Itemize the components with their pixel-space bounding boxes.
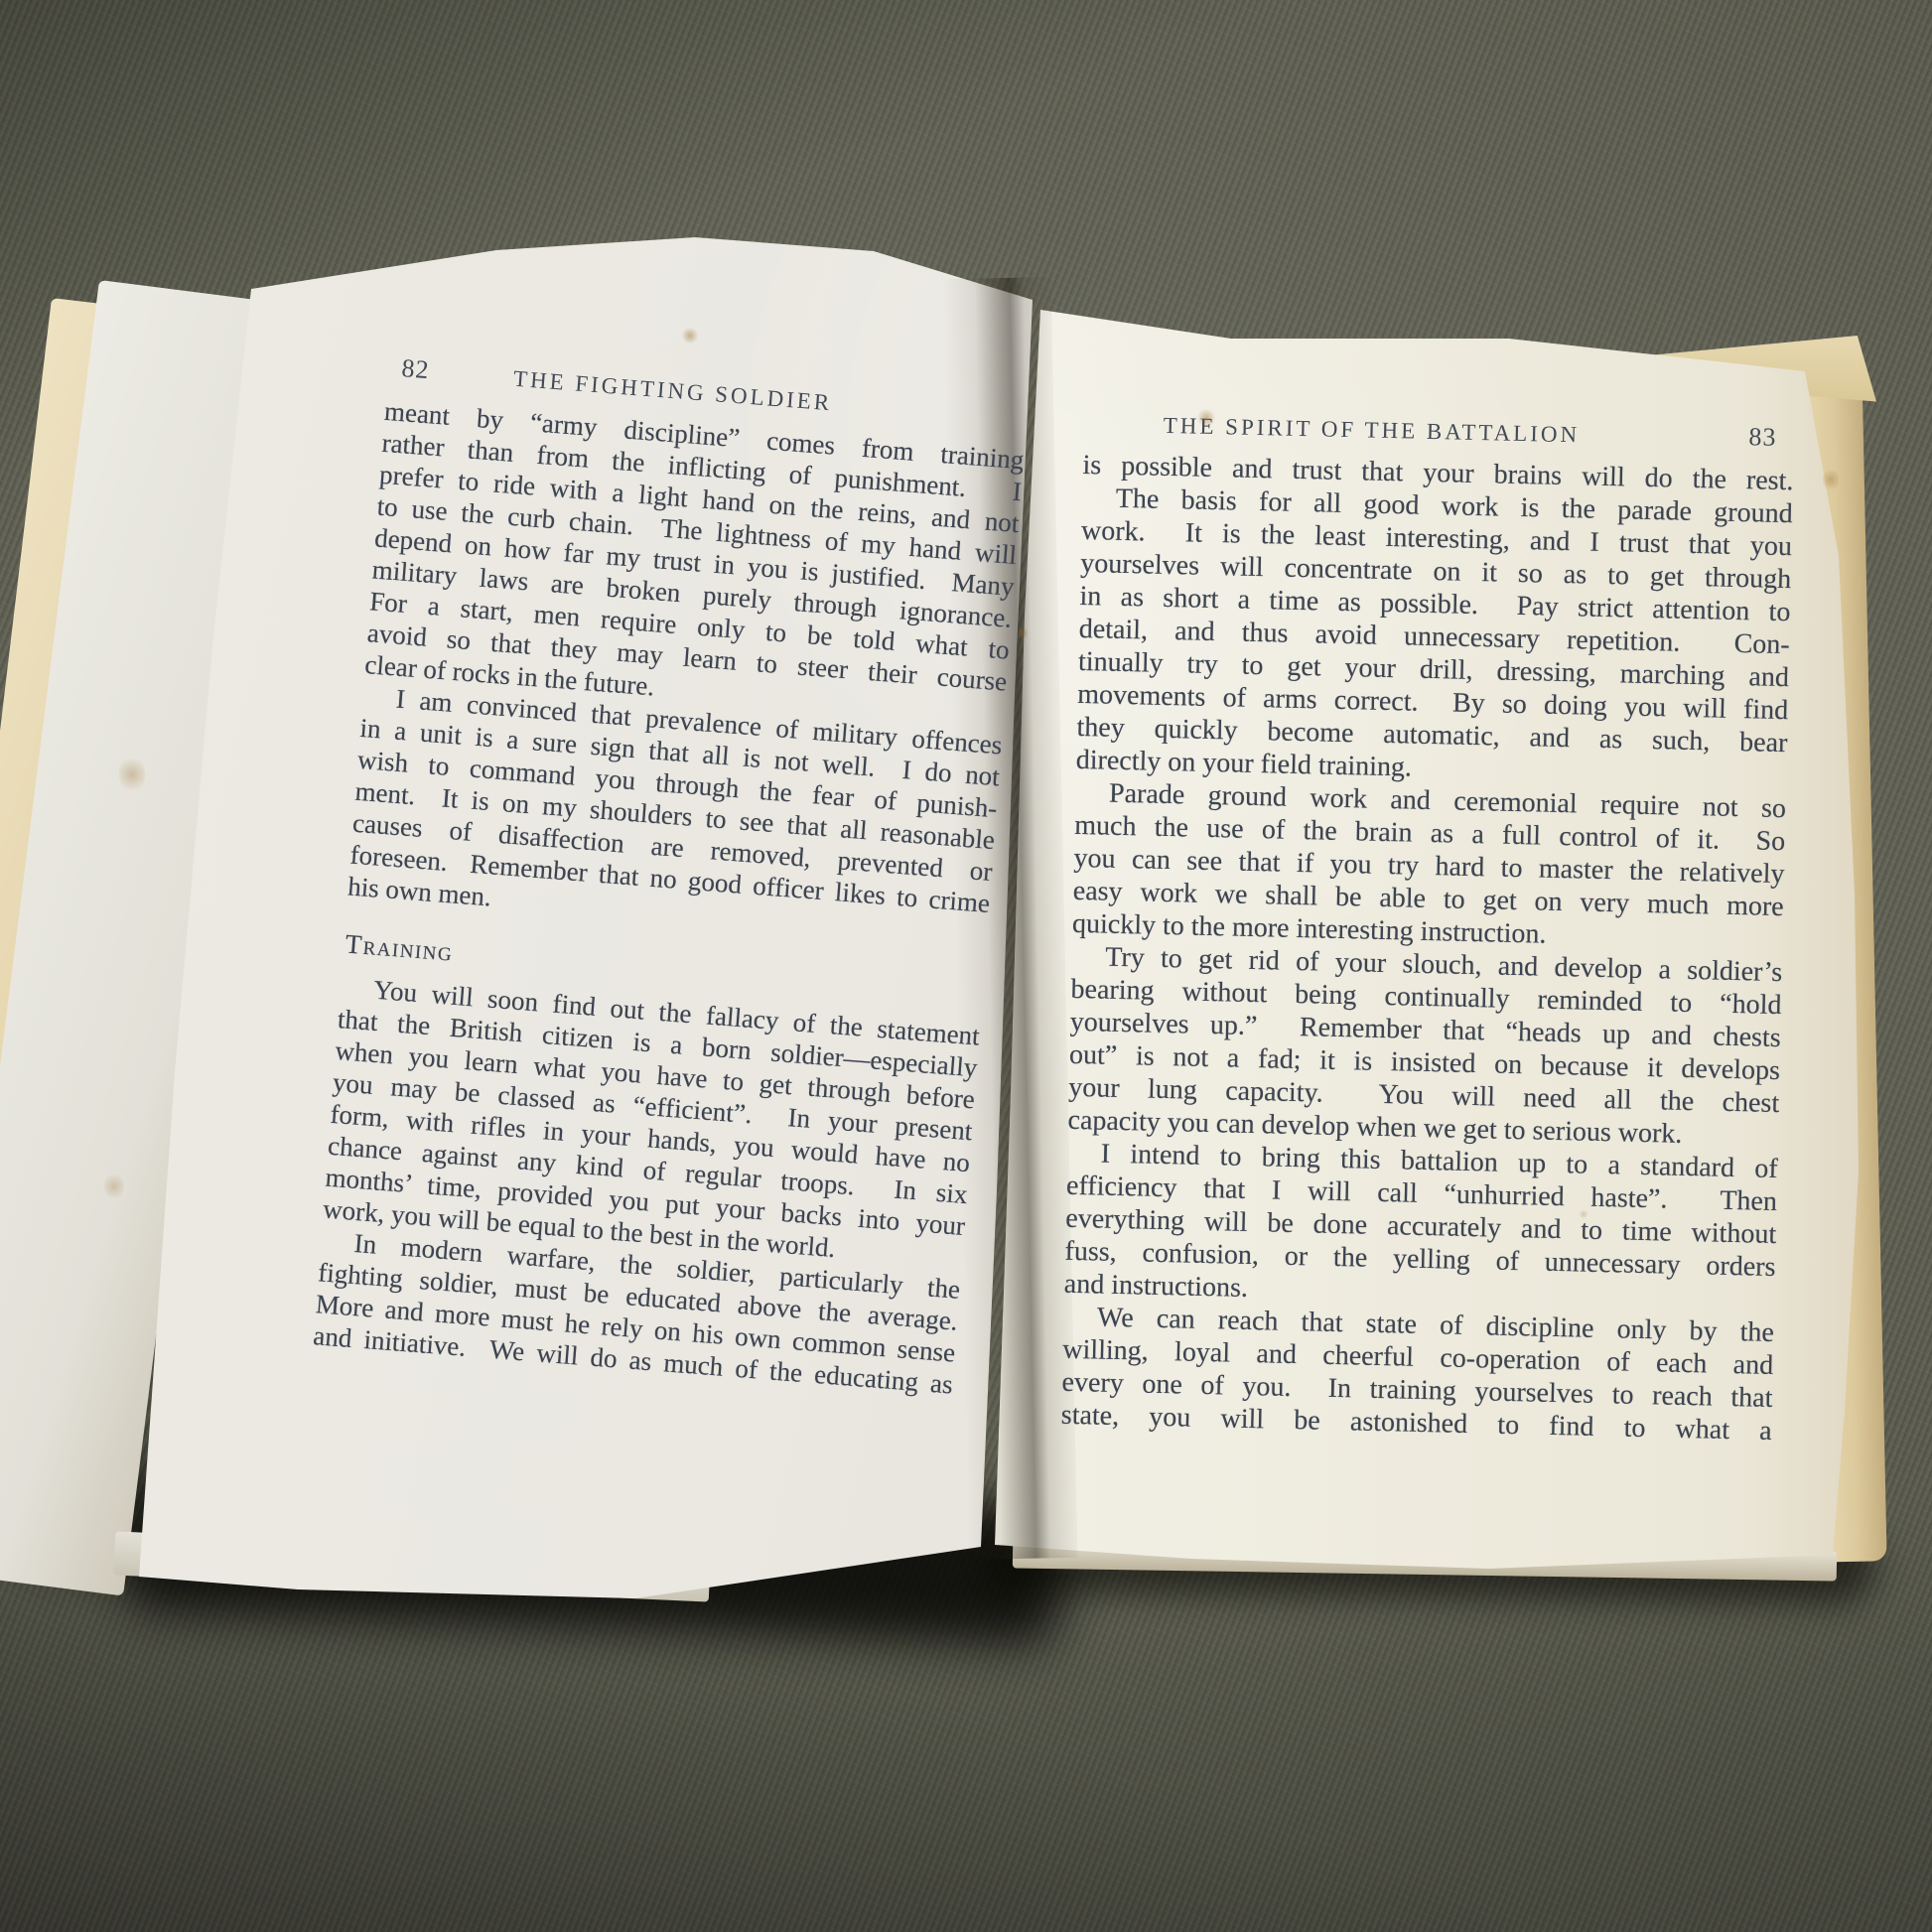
foxing-stain [1823,467,1839,492]
right-page-text: THE SPIRIT OF THE BATTALION 83 is possib… [1060,403,1794,1448]
left-page-body: meant by “army discipline” comes from tr… [312,395,1025,1401]
foxing-stain [104,1172,124,1201]
foxing-stain [119,755,145,794]
left-page-text: 82 THE FIGHTING SOLDIER meant by “army d… [312,349,1029,1401]
photo-of-open-book: 82 THE FIGHTING SOLDIER meant by “army d… [0,0,1932,1932]
right-page-body: is possible and trust that your brains w… [1060,449,1793,1448]
right-running-title: THE SPIRIT OF THE BATTALION [1093,407,1650,453]
foxing-stain [681,328,699,344]
right-page-number: 83 [1748,420,1777,454]
foxing-stain [1017,627,1029,639]
